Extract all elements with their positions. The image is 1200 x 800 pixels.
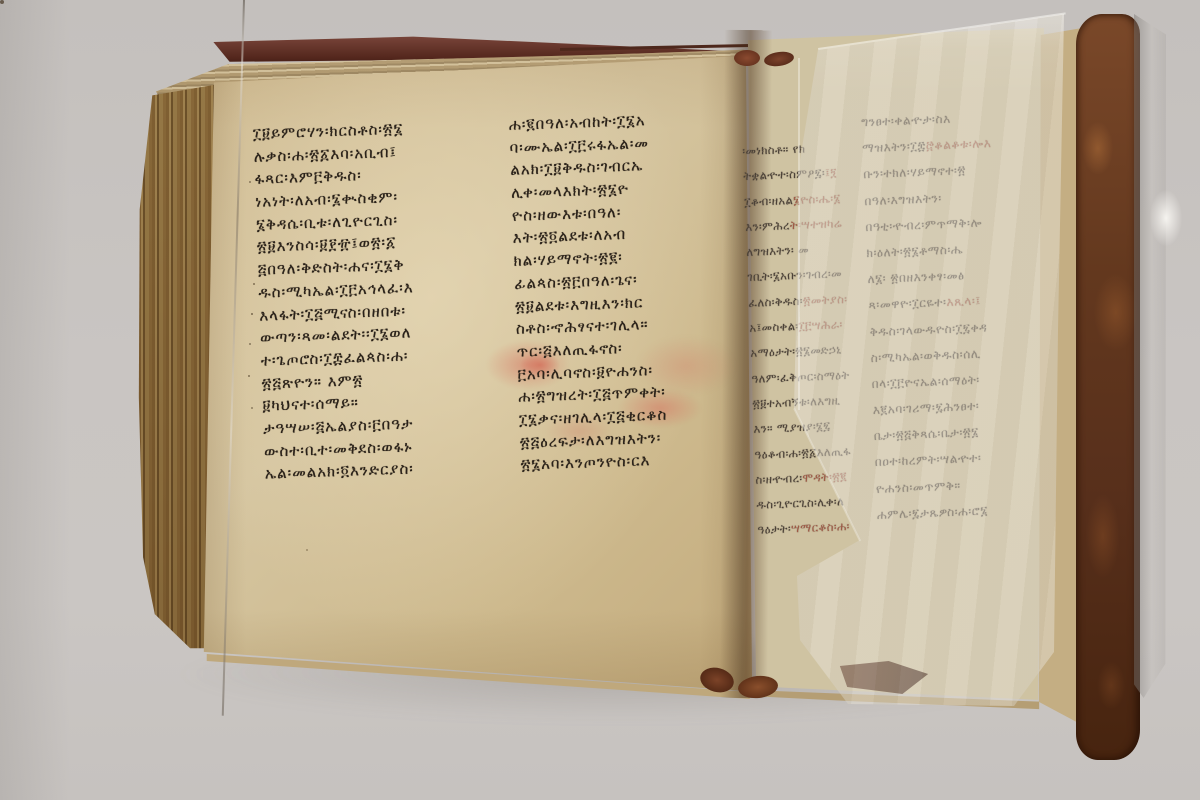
endband-top [734,50,760,66]
left-page-column-2: ሐ፡፪በዓለ፡አብከት፡፲፮አባ፡ሙኤል፡፲፫ሩፋኤል፡መልአክ፡፲፱ቅዱስ፡ገ… [508,108,759,479]
left-page-text: ፲፱ይምሮሃን፡ክርስቶስ፡፳፮ሉቃስ፡ሐ፡፳፩እባ፡አቢብ፤ ፋጻር፡እም፫ቅ… [243,107,778,555]
foam-support [1150,190,1182,246]
glassine-left-edge [798,58,800,410]
wormhole-specks [0,0,4,4]
leather-cover-right [1076,14,1140,760]
manuscript-photo: ፲፱ይምሮሃን፡ክርስቶስ፡፳፮ሉቃስ፡ሐ፡፳፩እባ፡አቢብ፤ ፋጻር፡እም፫ቅ… [0,0,1200,800]
left-page-column-1: ፲፱ይምሮሃን፡ክርስቶስ፡፳፮ሉቃስ፡ሐ፡፳፩እባ፡አቢብ፤ ፋጻር፡እም፫ቅ… [253,116,506,487]
book-cradle-support [1134,14,1166,698]
